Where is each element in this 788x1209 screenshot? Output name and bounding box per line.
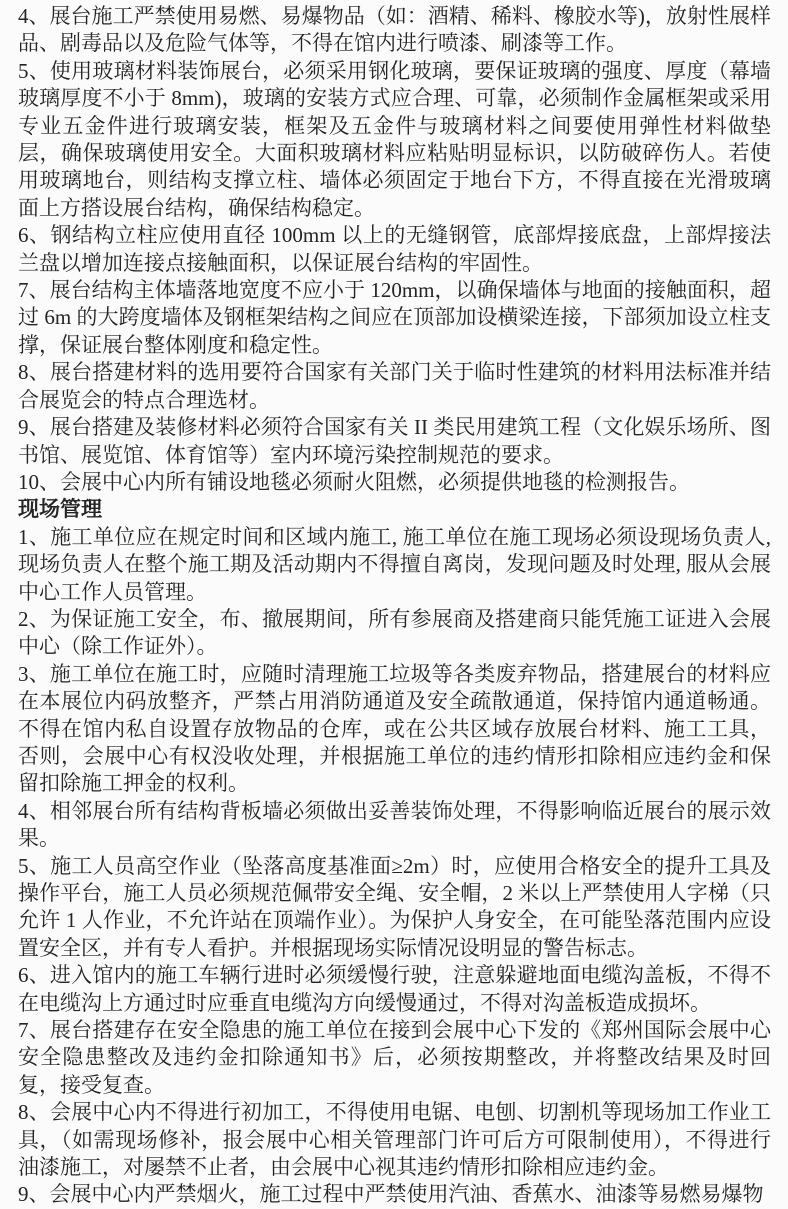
site-rule-9: 9、会展中心内严禁烟火，施工过程中严禁使用汽油、香蕉水、油漆等易燃易爆物 — [18, 1181, 771, 1208]
setup-rule-9: 9、展台搭建及装修材料必须符合国家有关 II 类民用建筑工程（文化娱乐场所、图书… — [18, 414, 771, 469]
setup-rule-6: 6、钢结构立柱应使用直径 100mm 以上的无缝钢管，底部焊接底盘，上部焊接法兰… — [18, 222, 771, 277]
setup-rule-5: 5、使用玻璃材料装饰展台，必须采用钢化玻璃，要保证玻璃的强度、厚度（幕墙玻璃厚度… — [18, 58, 771, 222]
site-rule-2: 2、为保证施工安全，布、撤展期间，所有参展商及搭建商只能凭施工证进入会展中心（除… — [18, 606, 771, 661]
site-rule-3: 3、施工单位在施工时，应随时清理施工垃圾等各类废弃物品，搭建展台的材料应在本展位… — [18, 661, 771, 798]
site-rule-6: 6、进入馆内的施工车辆行进时必须缓慢行驶，注意躲避地面电缆沟盖板，不得不在电缆沟… — [18, 962, 771, 1017]
site-rule-5: 5、施工人员高空作业（坠落高度基准面≥2m）时，应使用合格安全的提升工具及操作平… — [18, 853, 771, 963]
site-rule-8: 8、会展中心内不得进行初加工，不得使用电锯、电刨、切割机等现场加工作业工具，（如… — [18, 1099, 771, 1181]
setup-rule-4: 4、展台施工严禁使用易燃、易爆物品（如：酒精、稀料、橡胶水等)，放射性展样品、剧… — [18, 3, 771, 58]
section-heading-site-management: 现场管理 — [18, 496, 771, 523]
document-page: 4、展台施工严禁使用易燃、易爆物品（如：酒精、稀料、橡胶水等)，放射性展样品、剧… — [0, 0, 788, 1209]
setup-rule-7: 7、展台结构主体墙落地宽度不应小于 120mm，以确保墙体与地面的接触面积，超过… — [18, 277, 771, 359]
setup-rule-10: 10、会展中心内所有铺设地毯必须耐火阻燃，必须提供地毯的检测报告。 — [18, 469, 771, 496]
site-rule-4: 4、相邻展台所有结构背板墙必须做出妥善装饰处理，不得影响临近展台的展示效果。 — [18, 798, 771, 853]
site-rule-1: 1、施工单位应在规定时间和区域内施工, 施工单位在施工现场必须设现场负责人, 现… — [18, 524, 771, 606]
setup-rule-8: 8、展台搭建材料的选用要符合国家有关部门关于临时性建筑的材料用法标准并结合展览会… — [18, 359, 771, 414]
site-rule-7: 7、展台搭建存在安全隐患的施工单位在接到会展中心下发的《郑州国际会展中心安全隐患… — [18, 1017, 771, 1099]
